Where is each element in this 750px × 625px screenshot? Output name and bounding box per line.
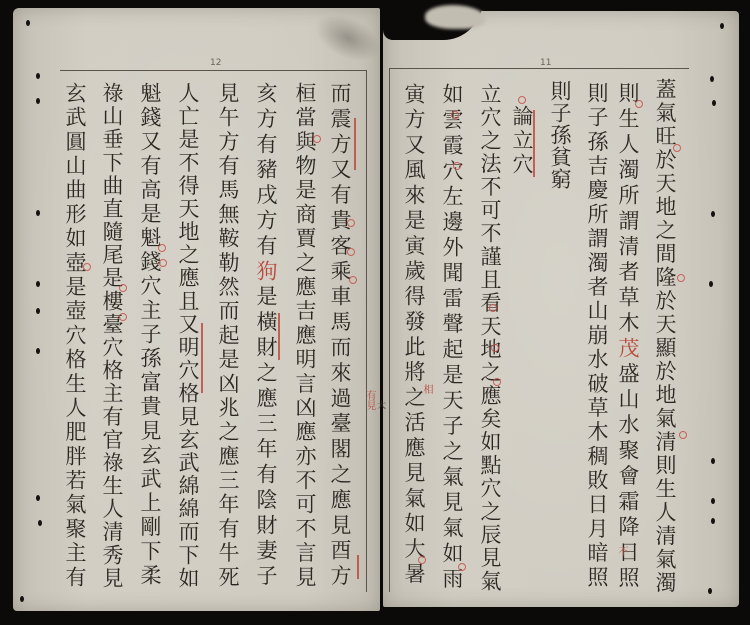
column-text: 如雲霞穴左邊外聞雷聲起是天子之氣見氣如雨 — [440, 83, 464, 593]
text-column: 則子孫貧窮 — [545, 80, 575, 190]
column-text: 寅方又風來是寅歲得發此將之活應見氣如大暑 — [402, 83, 426, 588]
binding-hole — [711, 518, 715, 524]
binding-hole — [20, 596, 24, 602]
red-bracket-mark — [533, 110, 535, 177]
binding-hole — [36, 308, 40, 314]
text-column: 而震方又有貴客乘車馬而來過臺閣之應見酉方 — [325, 82, 355, 590]
red-circle-mark — [493, 378, 501, 386]
text-column: 桓當與物是商賈之應吉應明言凶應亦不可不言見 — [290, 82, 320, 590]
text-column: 則子孫吉慶所謂濁者山崩水破草木稠敗日月暗照 — [582, 82, 612, 590]
column-text: 則生人濁所謂清者草木 — [616, 82, 640, 337]
binding-hole — [709, 281, 713, 287]
page-number: 11 — [540, 58, 551, 68]
binding-hole — [711, 498, 715, 504]
column-text: 人亡是不得天地之應且又明穴格見玄武綿綿而下如 — [176, 82, 200, 590]
water-stain — [308, 5, 388, 71]
column-text: 則子孫貧窮 — [548, 80, 572, 190]
text-column: 人亡是不得天地之應且又明穴格見玄武綿綿而下如 — [173, 82, 203, 590]
frame-top-rule — [389, 68, 689, 69]
text-column: 蓋氣旺於天地之間隆於天顯於地氣清則生人清氣濁 — [650, 78, 680, 595]
red-proof-line — [354, 118, 356, 170]
column-text: 魁錢又有高是魁錢穴主子孫富貴見玄武上剛下柔 — [138, 82, 162, 588]
red-circle-mark — [635, 100, 643, 108]
text-column: 立穴之法不可不謹且看天地之應矣如點穴之辰見氣 — [475, 83, 505, 593]
binding-hole — [711, 211, 715, 217]
red-proof-line — [201, 323, 203, 393]
frame-side-rule — [366, 70, 367, 592]
red-ink-character: 狗 — [254, 260, 278, 285]
binding-hole — [36, 98, 40, 104]
red-circle-mark — [313, 135, 321, 143]
text-column: 寅方又風來是寅歲得發此將之活應見氣如大暑 — [399, 83, 429, 588]
text-column: 亥方有豬戌方有狗是橫財之應三年有陰財妻子 — [251, 82, 281, 590]
red-circle-mark — [119, 284, 127, 292]
red-circle-mark — [453, 162, 461, 170]
frame-top-rule — [60, 70, 366, 71]
margin-note: 有見 — [363, 390, 375, 410]
binding-hole — [36, 495, 40, 501]
binding-hole — [36, 348, 40, 354]
text-column: 見午方有馬無鞍勒然而起是凶兆之應三年有牛死 — [213, 82, 243, 590]
red-circle-mark — [458, 563, 466, 571]
text-column: 玄武圓山曲形如壺是壺穴格生人肥胖若氣聚主有 — [60, 82, 90, 590]
red-circle-mark — [451, 111, 459, 119]
red-circle-mark — [677, 274, 685, 282]
column-text: 則子孫吉慶所謂濁者山崩水破草木稠敗日月暗照 — [585, 82, 609, 590]
column-text: 蓋氣旺於天地之間隆於天顯於地氣清則生人清氣濁 — [653, 78, 677, 595]
red-circle-mark — [679, 431, 687, 439]
binding-hole — [720, 23, 724, 29]
text-column: 祿山垂下曲直隨尾是樓臺穴格主有官祿生人清秀見 — [97, 82, 127, 590]
red-proof-line — [278, 313, 280, 360]
binding-hole — [708, 588, 712, 594]
text-column: 如雲霞穴左邊外聞雷聲起是天子之氣見氣如雨 — [437, 83, 467, 593]
column-text: 祿山垂下曲直隨尾是樓臺穴格主有官祿生人清秀見 — [100, 82, 124, 590]
red-circle-mark — [518, 96, 526, 104]
right-page: 11 蓋氣旺於天地之間隆於天顯於地氣清則生人清氣濁 則生人濁所謂清者草木茂盛山水… — [383, 11, 739, 607]
red-circle-mark — [418, 556, 426, 564]
red-proof-line — [357, 555, 359, 579]
binding-hole — [36, 281, 40, 287]
red-circle-mark — [159, 259, 167, 267]
margin-note: 相 — [420, 384, 432, 394]
column-text: 是橫財之應三年有陰財妻子 — [254, 285, 278, 590]
red-circle-mark — [83, 263, 91, 271]
text-column: 魁錢又有高是魁錢穴主子孫富貴見玄武上剛下柔 — [135, 82, 165, 588]
red-circle-mark — [673, 144, 681, 152]
red-circle-mark — [349, 276, 357, 284]
column-text: 見午方有馬無鞍勒然而起是凶兆之應三年有牛死 — [216, 82, 240, 590]
gutter-mark: 大 — [377, 401, 386, 411]
text-column: 則生人濁所謂清者草木茂盛山水聚會霜降日照 — [613, 82, 643, 592]
frame-side-rule — [389, 68, 390, 592]
column-text: 盛山水聚會霜降日照 — [616, 363, 640, 593]
column-text: 而震方又有貴客乘車馬而來過臺閣之應見酉方 — [328, 82, 352, 590]
binding-hole — [36, 73, 40, 79]
left-page: 12 而震方又有貴客乘車馬而來過臺閣之應見酉方 桓當與物是商賈之應吉應明言凶應亦… — [13, 8, 380, 611]
column-text: 立穴之法不可不謹且看天地之應矣如點穴之辰見氣 — [478, 83, 502, 593]
binding-hole — [710, 76, 714, 82]
margin-note: 不 — [615, 546, 627, 556]
binding-hole — [711, 458, 715, 464]
binding-hole — [26, 20, 30, 26]
red-circle-mark — [347, 248, 355, 256]
heading-text: 論立穴 — [510, 105, 534, 177]
red-circle-mark — [158, 244, 166, 252]
binding-hole — [38, 520, 42, 526]
red-ink-character: 茂 — [616, 337, 640, 363]
red-circle-mark — [489, 304, 497, 312]
red-circle-mark — [347, 219, 355, 227]
red-circle-mark — [491, 344, 499, 352]
torn-paper-fragment — [425, 5, 485, 29]
column-text: 亥方有豬戌方有 — [254, 82, 278, 260]
column-text: 玄武圓山曲形如壺是壺穴格生人肥胖若氣聚主有 — [63, 82, 87, 590]
red-circle-mark — [119, 313, 127, 321]
binding-hole — [712, 100, 716, 106]
binding-hole — [36, 210, 40, 216]
column-text: 桓當與物是商賈之應吉應明言凶應亦不可不言見 — [293, 82, 317, 590]
page-number: 12 — [210, 58, 221, 68]
